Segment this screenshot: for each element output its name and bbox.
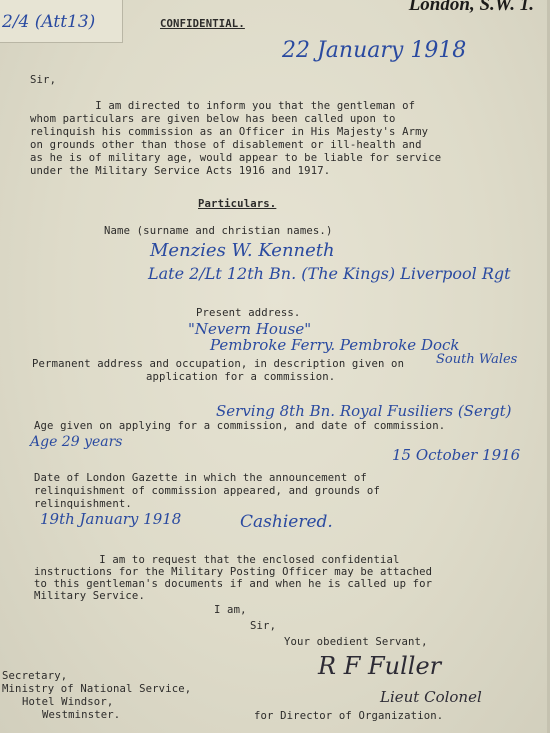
closing-i-am: I am, (214, 604, 247, 617)
paragraph-line: Military Service. (34, 590, 145, 603)
addressee-line: Secretary, (2, 670, 67, 683)
reference-number: 2/4 (Att13) (2, 12, 95, 32)
occupation-value: Serving 8th Bn. Royal Fusiliers (Sergt) (216, 402, 511, 420)
addressee-line: Westminster. (42, 709, 120, 722)
paragraph-line: relinquish his commission as an Officer … (30, 126, 428, 139)
age-value: Age 29 years (30, 434, 123, 450)
particulars-heading: Particulars. (198, 198, 276, 211)
permanent-address-label: Permanent address and occupation, in des… (32, 358, 404, 371)
addressee-line: Hotel Windsor, (22, 696, 113, 709)
gazette-date-value: 19th January 1918 (40, 510, 181, 528)
paragraph-line: whom particulars are given below has bee… (30, 113, 396, 126)
signatory-rank: Lieut Colonel (380, 688, 482, 706)
name-value: Menzies W. Kenneth (150, 240, 335, 261)
gazette-label: Date of London Gazette in which the anno… (34, 472, 367, 485)
paragraph-line: under the Military Service Acts 1916 and… (30, 165, 330, 178)
paragraph-line: on grounds other than those of disableme… (30, 139, 422, 152)
name-label: Name (surname and christian names.) (104, 225, 332, 238)
present-address-region: South Wales (436, 352, 517, 367)
gazette-label-cont: relinquishment of commission appeared, a… (34, 485, 380, 498)
paragraph-line: as he is of military age, would appear t… (30, 152, 441, 165)
permanent-address-label-cont: application for a commission. (146, 371, 335, 384)
paragraph-line: I am directed to inform you that the gen… (30, 100, 415, 113)
rank-unit-value: Late 2/Lt 12th Bn. (The Kings) Liverpool… (148, 264, 511, 283)
closing-servant: Your obedient Servant, (284, 636, 428, 649)
commission-date-value: 15 October 1916 (392, 446, 520, 464)
age-label: Age given on applying for a commission, … (34, 420, 445, 433)
salutation: Sir, (30, 74, 56, 87)
letterhead-address: London, S.W. 1. (409, 0, 534, 16)
present-address-label: Present address. (196, 307, 300, 320)
classification-heading: CONFIDENTIAL. (160, 18, 245, 31)
handwritten-date: 22 January 1918 (282, 38, 466, 63)
letter-page: London, S.W. 1. 2/4 (Att13) CONFIDENTIAL… (0, 0, 550, 733)
closing-sir: Sir, (250, 620, 276, 633)
addressee-line: Ministry of National Service, (2, 683, 191, 696)
signature: R F Fuller (318, 652, 441, 680)
for-director-line: for Director of Organization. (254, 710, 443, 723)
grounds-value: Cashiered. (240, 512, 333, 532)
present-address-street: Pembroke Ferry. Pembroke Dock (210, 336, 460, 354)
